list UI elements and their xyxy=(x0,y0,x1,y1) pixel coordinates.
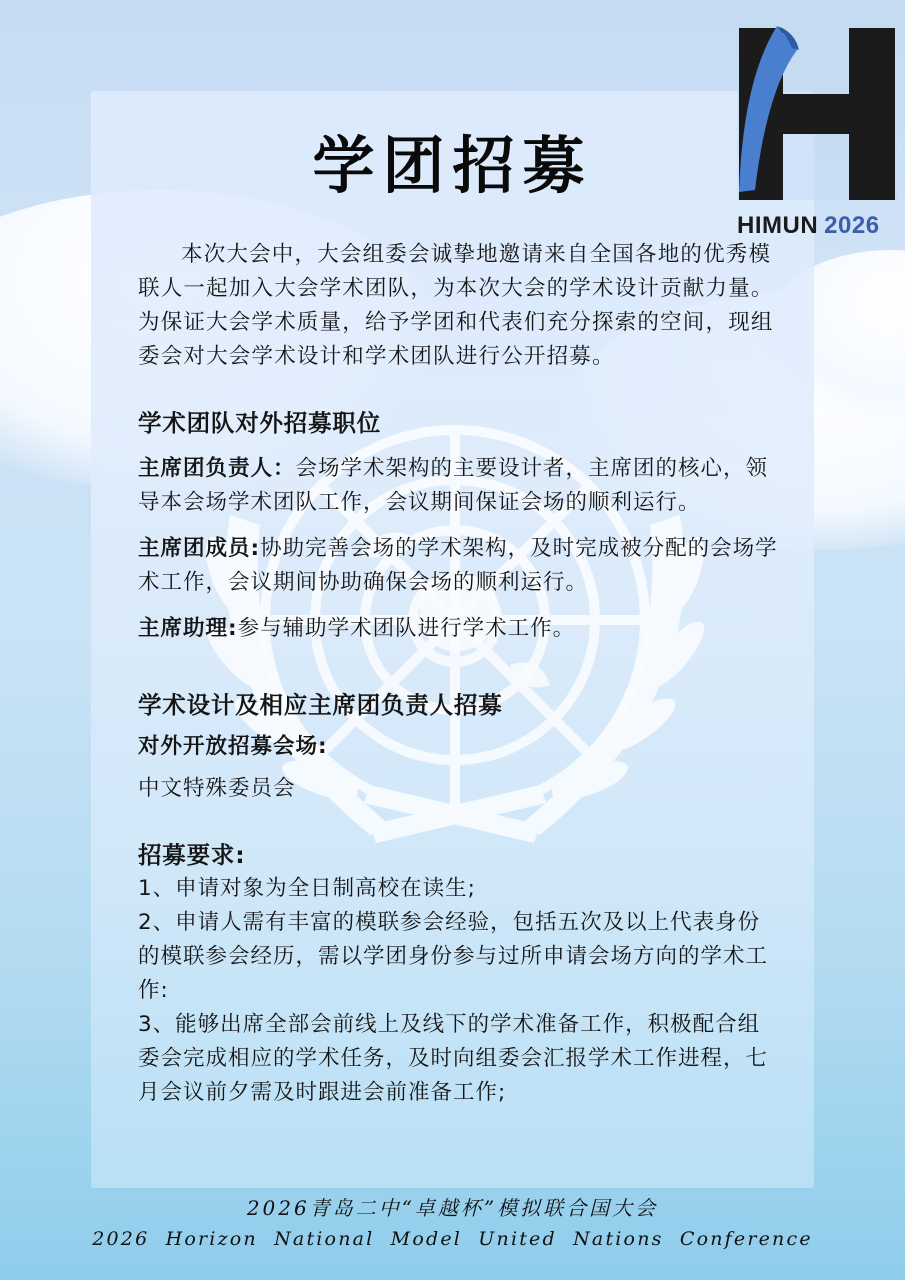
open-committee-label: 对外开放招募会场: xyxy=(138,730,778,764)
position-role: 主席团负责人： xyxy=(138,456,296,481)
footer-english-title: 2026 Horizon National Model United Natio… xyxy=(0,1228,905,1250)
position-item: 主席团负责人：会场学术架构的主要设计者，主席团的核心，领导本会场学术团队工作，会… xyxy=(138,452,778,520)
main-content: 本次大会中，大会组委会诚挚地邀请来自全国各地的优秀模联人一起加入大会学术团队，为… xyxy=(138,238,778,1110)
footer-chinese-title: 2026青岛二中“卓越杯”模拟联合国大会 xyxy=(0,1192,905,1221)
position-item: 主席助理:参与辅助学术团队进行学术工作。 xyxy=(138,612,778,646)
design-heading: 学术设计及相应主席团负责人招募 xyxy=(138,688,778,722)
himun-2026-label: HIMUN2026 xyxy=(737,212,880,240)
intro-paragraph: 本次大会中，大会组委会诚挚地邀请来自全国各地的优秀模联人一起加入大会学术团队，为… xyxy=(138,238,778,374)
position-role: 主席团成员: xyxy=(138,536,260,561)
position-item: 主席团成员:协助完善会场的学术架构，及时完成被分配的会场学术工作，会议期间协助确… xyxy=(138,532,778,600)
position-desc: 参与辅助学术团队进行学术工作。 xyxy=(238,616,576,641)
requirement-item: 1、申请对象为全日制高校在读生; xyxy=(138,872,778,906)
position-role: 主席助理: xyxy=(138,616,238,641)
requirements-heading: 招募要求: xyxy=(138,838,778,872)
positions-heading: 学术团队对外招募职位 xyxy=(138,406,778,440)
brand-year: 2026 xyxy=(824,212,879,239)
requirement-item: 3、能够出席全部会前线上及线下的学术准备工作，积极配合组委会完成相应的学术任务，… xyxy=(138,1008,778,1110)
requirement-item: 2、申请人需有丰富的模联参会经验，包括五次及以上代表身份的模联参会经历，需以学团… xyxy=(138,906,778,1008)
committee-name: 中文特殊委员会 xyxy=(138,772,778,806)
page-title: 学团招募 xyxy=(0,116,905,205)
brand-name: HIMUN xyxy=(737,212,818,239)
